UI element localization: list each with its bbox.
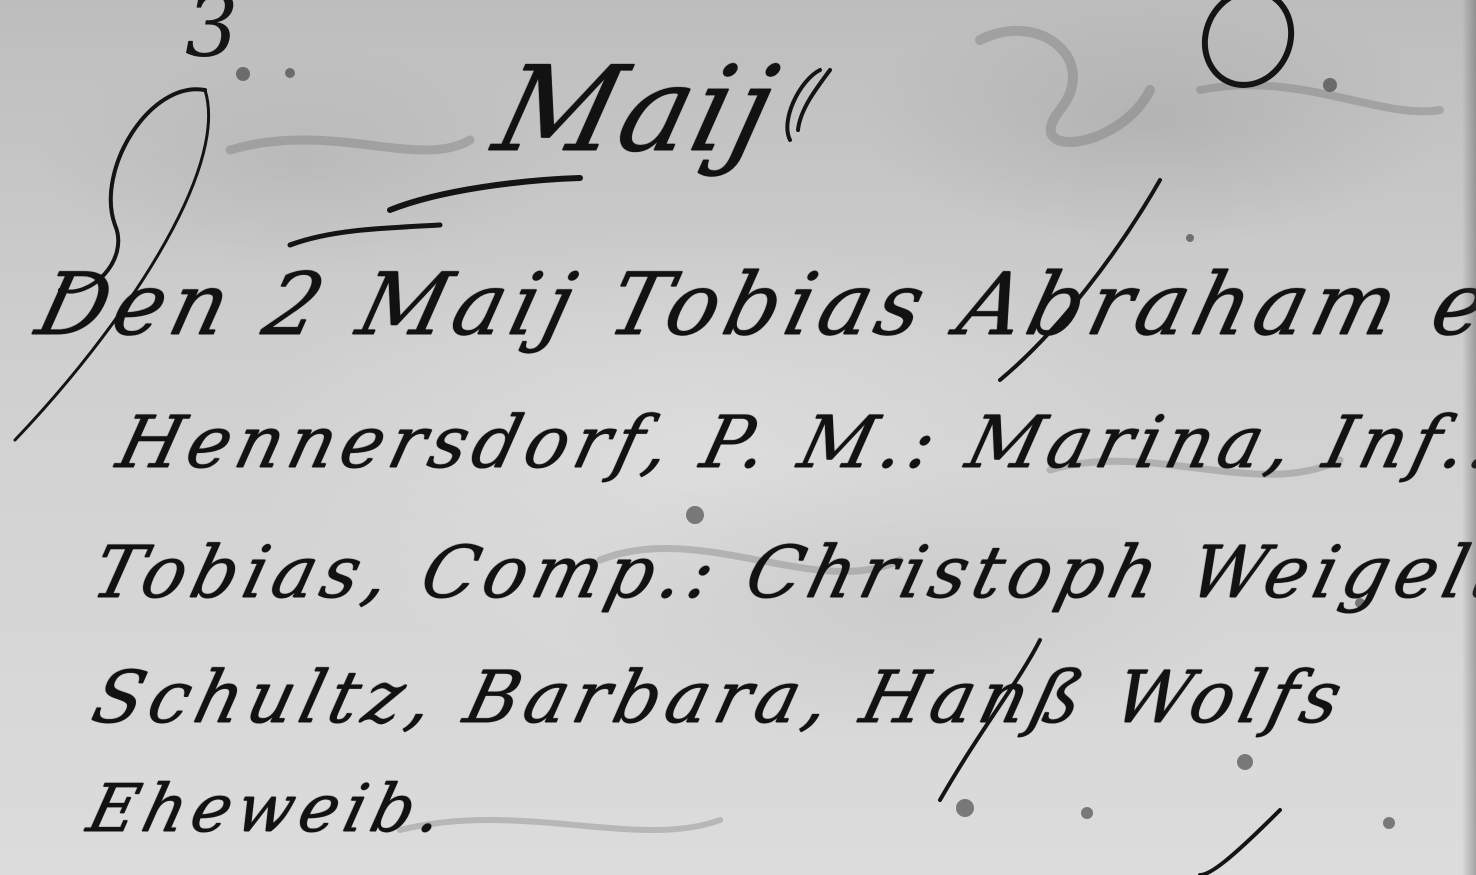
entry-line-1: Den 2 Maij Tobias Abraham ex <box>28 255 1476 355</box>
margin-mark: 3 <box>185 0 238 76</box>
entry-line-2: Hennersdorf, P. M.: Marina, Inf.: <box>110 400 1476 484</box>
entry-line-3: Tobias, Comp.: Christoph Weigelt, <box>85 530 1476 614</box>
month-heading: Maij <box>483 40 791 178</box>
manuscript-page: 3 Maij Den 2 Maij Tobias Abraham ex Henn… <box>0 0 1476 875</box>
entry-line-4: Schultz, Barbara, Hanß Wolfs <box>85 655 1357 739</box>
entry-line-5: Eheweib. <box>80 770 457 847</box>
